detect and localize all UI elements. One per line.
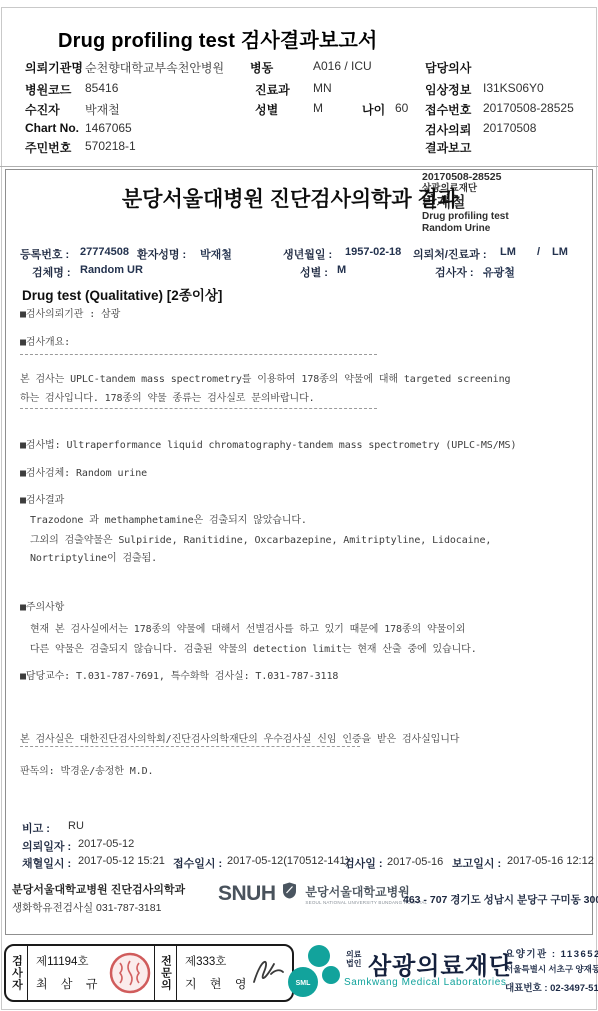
red-seal-stamp-icon — [108, 951, 152, 995]
label-test-date: 검사일 : — [344, 855, 383, 871]
label-note: 비고 : — [22, 820, 50, 836]
value-birth-date: 1957-02-18 — [345, 246, 401, 258]
value-receive-time: 2017-05-12(170512-141) — [227, 855, 349, 867]
label-specimen-name: 검체명 : — [32, 264, 71, 280]
examiner-role-cell: 검사자 — [6, 946, 28, 1000]
label-sex: 성별 — [255, 101, 278, 118]
value-patient-name: 박재철 — [200, 246, 232, 262]
dashed-separator — [20, 354, 377, 355]
body-line-method: ■검사법: Ultraperformance liquid chromatogr… — [20, 436, 516, 451]
snuh-wordmark: SNUH — [218, 882, 276, 905]
value-referral-dept2: LM — [552, 246, 568, 258]
specialist-cert-cell: 제333호 지 현 영 — [177, 946, 292, 1000]
value-report-date: 2017-05-16 12:12 — [507, 855, 594, 867]
body-line-overview-2: 하는 검사입니다. 178종의 약물 종류는 검사실로 문의바랍니다. — [20, 389, 315, 404]
sml-logo-icon: SML — [286, 944, 342, 1004]
label-ward: 병동 — [250, 59, 273, 76]
body-line-request-org: ■검사의뢰기관 : 삼광 — [20, 305, 120, 320]
page-title: Drug profiling test 검사결과보고서 — [58, 24, 378, 53]
body-line-caution-heading: ■주의사항 — [20, 598, 64, 613]
sml-entity-bottom: 법인 — [346, 959, 361, 968]
value-referral: LM — [500, 246, 516, 258]
value-request-date: 2017-05-12 — [78, 838, 134, 850]
label-reg-no: 등록번호 : — [20, 246, 69, 262]
signature-icon — [248, 952, 288, 990]
body-line-overview-heading: ■검사개요: — [20, 333, 70, 348]
examiner-cert-cell: 제11194호 최 삼 규 — [28, 946, 154, 1000]
body-line-result-1: Trazodone 과 methamphetamine은 검출되지 않았습니다. — [30, 511, 307, 526]
certification-box: 검사자 제11194호 최 삼 규 전문의 제333호 지 현 영 — [4, 944, 294, 1002]
body-line-result-heading: ■검사결과 — [20, 491, 64, 506]
value-test-order: 20170508 — [483, 121, 536, 135]
examiner-role-label: 검사자 — [9, 955, 25, 991]
body-line-result-3: Nortriptyline이 검출됨. — [30, 549, 157, 564]
label-clinical-info: 임상정보 — [425, 81, 471, 98]
document-page: Drug profiling test 검사결과보고서 의뢰기관명 순천향대학교… — [0, 0, 598, 1011]
value-note: RU — [68, 820, 84, 832]
dashed-separator — [20, 408, 377, 409]
sml-phone: 대표번호 : 02-3497-5100 — [505, 980, 598, 994]
body-line-overview-1: 본 검사는 UPLC-tandem mass spectrometry를 이용하… — [20, 370, 510, 385]
snuh-logo: SNUH 분당서울대학교병원 SEOUL NATIONAL UNIVERSITY… — [218, 882, 427, 906]
value-patient: 박재철 — [85, 101, 120, 118]
snuh-shield-icon — [282, 882, 297, 899]
label-receipt-no: 접수번호 — [425, 101, 471, 118]
stamp-specimen: Random Urine — [422, 223, 509, 235]
footer-dept-line1: 분당서울대학교병원 진단검사의학과 — [12, 881, 185, 897]
sml-address: 서울특별시 서초구 양재동 9-60 — [505, 963, 598, 975]
sml-name: 삼광의료재단 — [368, 946, 513, 981]
footer-address: 463 - 707 경기도 성남시 분당구 구미동 300 — [403, 892, 598, 907]
value-chart-no: 1467065 — [85, 121, 132, 135]
sml-name-english: Samkwang Medical Laboratories — [344, 977, 506, 988]
value-reg-no: 27774508 — [80, 246, 129, 258]
label-request-date: 의뢰일자 : — [22, 838, 71, 854]
value-department: MN — [313, 81, 332, 95]
body-line-reading-doctor: 판독의: 박경운/송정한 M.D. — [20, 762, 153, 777]
label-department: 진료과 — [255, 81, 290, 98]
footer-dept-line2: 생화학유전검사실 031-787-3181 — [12, 900, 161, 915]
sml-org-number: 요양기관 : 11365200 — [505, 946, 598, 960]
sml-logo-text: SML — [296, 980, 312, 987]
value-resident-no: 570218-1 — [85, 139, 136, 153]
sml-entity-type: 의료 법인 — [346, 950, 361, 968]
dashed-separator — [20, 746, 360, 747]
value-receipt-no: 20170508-28525 — [483, 101, 574, 115]
label-test-order: 검사의뢰 — [425, 121, 471, 138]
label-requesting-org: 의뢰기관명 — [25, 59, 83, 76]
value-collect-time: 2017-05-12 15:21 — [78, 855, 165, 867]
label-receive-time: 접수일시 : — [173, 855, 222, 871]
value-tester: 유광철 — [483, 264, 515, 280]
value-ward: A016 / ICU — [313, 59, 372, 73]
label-age: 나이 — [362, 101, 385, 118]
value-test-date: 2017-05-16 — [387, 856, 443, 868]
label-birth-date: 생년월일 : — [283, 246, 332, 262]
sml-entity-top: 의료 — [346, 950, 361, 959]
value-sex: M — [313, 101, 323, 115]
body-line-caution-2: 다른 약물은 검출되지 않습니다. 검출된 약물의 detection limi… — [30, 640, 477, 655]
body-line-caution-1: 현재 본 검사실에서는 178종의 약물에 대해서 선별검사를 하고 있기 때문… — [30, 620, 465, 635]
label-collect-time: 채혈일시 : — [22, 855, 71, 871]
value-age: 60 — [395, 101, 408, 115]
specialist-role-cell: 전문의 — [154, 946, 177, 1000]
test-section-title: Drug test (Qualitative) [2종이상] — [22, 284, 222, 304]
report-title: 분당서울대병원 진단검사의학과 결과 — [75, 183, 505, 213]
body-line-result-2: 그외의 검출약물은 Sulpiride, Ranitidine, Oxcarba… — [30, 531, 491, 546]
body-line-professor: ■담당교수: T.031-787-7691, 특수화학 검사실: T.031-7… — [20, 667, 338, 682]
body-line-specimen: ■검사검체: Random urine — [20, 464, 147, 479]
value-hospital-code: 85416 — [85, 81, 118, 95]
stamp-receipt-no: 20170508-28525 — [422, 171, 509, 183]
value-clinical-info: I31KS06Y0 — [483, 81, 544, 95]
label-chart-no: Chart No. — [25, 121, 79, 135]
value-requesting-org: 순천향대학교부속천안병원 — [85, 59, 224, 76]
value-info-sex: M — [337, 264, 346, 276]
label-referral-dept: 의뢰처/진료과 : — [413, 246, 487, 262]
label-hospital-code: 병원코드 — [25, 81, 71, 98]
label-result-report: 결과보고 — [425, 139, 471, 156]
label-doctor: 담당의사 — [425, 59, 471, 76]
label-patient-name: 환자성명 : — [137, 246, 186, 262]
referral-slash: / — [537, 246, 540, 258]
body-line-accreditation: 본 검사실은 대한진단검사의학회/진단검사의학재단의 우수검사실 신임 인증을 … — [20, 730, 459, 745]
label-info-sex: 성별 : — [300, 264, 328, 280]
header-separator — [0, 166, 598, 167]
label-report-date: 보고일시 : — [452, 855, 501, 871]
label-tester: 검사자 : — [435, 264, 474, 280]
value-specimen-name: Random UR — [80, 264, 143, 276]
specialist-role-label: 전문의 — [158, 955, 174, 991]
label-patient: 수진자 — [25, 101, 60, 118]
label-resident-no: 주민번호 — [25, 139, 71, 156]
